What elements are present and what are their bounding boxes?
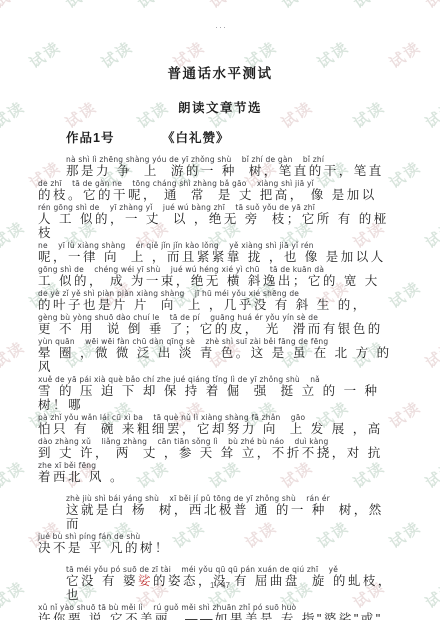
text-line: zhe xī běi fēng着西北 风 。: [38, 461, 396, 484]
pinyin-line: zhè jiù shì bái yáng shù xī běi jí pǔ tō…: [66, 494, 396, 503]
hanzi-segment: 雪 的 压 迫 下 却 保 持 着 倔 强 挺 立 的 一 种 树！哪: [38, 384, 392, 412]
hanzi-line: 晕 圈 ，微 微 泛 出 淡 青 色。这 是 虽 在 北 方 的 风: [38, 346, 396, 374]
watermark-stamp: 试读: [277, 0, 317, 13]
text-line: de zhī tā de gàn ne tōng cháng shì zhàng…: [38, 179, 396, 202]
hanzi-segment: 呢，一律 向 上 ，而且紧紧靠 拢 ，也 像 是加以人: [38, 250, 386, 264]
text-line: ne yī lǜ xiàng shàng ér qiě jǐn jǐn kào …: [38, 241, 396, 264]
text-line: zhè jiù shì bái yáng shù xī běi jí pǔ tō…: [38, 494, 396, 531]
watermark-stamp: 试读: [421, 0, 440, 13]
work-title: 《白礼赞》: [162, 128, 230, 146]
hanzi-line: 更 不 用 说 倒 垂 了；它的皮， 光 滑而有银色的: [38, 322, 396, 336]
pinyin-line: gōng shì de chéng wéi yī shù jué wú héng…: [38, 265, 396, 274]
hanzi-segment: 着西北 风 。: [38, 470, 125, 484]
pinyin-line: pà zhǐ yǒu wǎn lái cū xì ba tā què nǔ lì…: [38, 413, 396, 422]
hanzi-line: 的叶子也是片 片 向 上 ，几乎没 有 斜 生 的，: [38, 298, 396, 312]
text-line: jué bù shì píng fán de shù决不是 平 凡的树！: [38, 532, 396, 555]
text-line: gōng shì de chéng wéi yī shù jué wú héng…: [38, 265, 396, 288]
doc-subtitle: 朗读文章节选: [0, 98, 440, 116]
hanzi-segment: 人 工 似的，一 丈 以 ，绝无 旁 枝；它所 有 的桠枝: [38, 212, 389, 240]
text-line: xuě de yā pái xià què bǎo chí zhe jué qi…: [38, 375, 396, 412]
watermark-stamp: 试读: [0, 216, 29, 253]
paragraph: zhè jiù shì bái yáng shù xī běi jí pǔ tō…: [38, 494, 396, 555]
page-header-mark: ···: [204, 22, 238, 32]
watermark-stamp: 试读: [349, 0, 389, 13]
pinyin-line: xǔ nǐ yào shuō tā bù měi lì rú guǒ měi s…: [38, 603, 396, 612]
watermark-stamp: 试读: [205, 0, 245, 13]
work-number-label: 作品1号: [66, 128, 114, 146]
pinyin-line: de zhī tā de gàn ne tōng cháng shì zhàng…: [38, 179, 396, 188]
hanzi-segment: 怕只 有 碗 来粗细罢，它却努力 向 上 发 展 ，高: [38, 422, 383, 436]
page-number: 1 / 47: [0, 581, 440, 590]
watermark-stamp: 试读: [0, 456, 29, 493]
hanzi-line: 许你要 说 它不美丽，——如果美是 专 指"婆娑"或": [38, 612, 396, 620]
paragraph: tā méi yǒu pó suō de zī tài méi yǒu qū q…: [38, 565, 396, 620]
watermark-stamp: 试读: [421, 456, 440, 493]
watermark-stamp: 试读: [0, 0, 29, 13]
text-line: rén gōng shì de yī zhàng yǐ jué wú bàng …: [38, 203, 396, 240]
text-line: de yè zǐ yě shì piàn piàn xiàng shàng jī…: [38, 289, 396, 312]
hanzi-segment: 工 似的， 成 为一束，绝无 横 斜逸出；它的 宽 大: [38, 274, 380, 288]
hanzi-segment: 这就是白 杨 树，西北极普 通 的一 种 树，然而: [66, 503, 384, 531]
pinyin-line: rén gōng shì de yī zhàng yǐ jué wú bàng …: [38, 203, 396, 212]
hanzi-line: 呢，一律 向 上 ，而且紧紧靠 拢 ，也 像 是加以人: [38, 250, 396, 264]
paragraph: nà shì lì zhēng shàng yóu de yī zhǒng sh…: [38, 155, 396, 484]
text-line: yùn quān wēi wēi fàn chū dàn qīng sè zhè…: [38, 337, 396, 374]
hanzi-line: 到 丈 许， 两 丈 ，参 天 耸 立，不折不挠，对 抗: [38, 446, 396, 460]
hanzi-segment: 决不是 平 凡的树！: [38, 541, 170, 555]
hanzi-line: 的枝。它的干呢， 通 常 是 丈 把高， 像 是加以: [38, 188, 396, 202]
pinyin-line: yùn quān wēi wēi fàn chū dàn qīng sè zhè…: [38, 337, 396, 346]
hanzi-segment: 许你要 说 它不美丽，——如果美是 专 指"婆娑"或": [38, 612, 383, 620]
watermark-stamp: 试读: [61, 0, 101, 13]
pinyin-line: tā méi yǒu pó suō de zī tài méi yǒu qū q…: [66, 565, 396, 574]
work-heading: 作品1号 《白礼赞》: [66, 128, 229, 146]
text-line: dào zhàng xǔ liǎng zhàng cān tiān sǒng l…: [38, 437, 396, 460]
watermark-stamp: 试读: [133, 0, 173, 13]
text-line: gèng bù yòng shuō dào chuí le tā de pí g…: [38, 313, 396, 336]
hanzi-line: 那是力 争 上 游的一 种 树，笔直的干，笔直: [66, 164, 396, 178]
hanzi-segment: 的枝。它的干呢， 通 常 是 丈 把高， 像 是加以: [38, 188, 377, 202]
document-page: 试读试读试读试读试读试读试读试读试读试读试读试读试读试读试读试读试读试读试读试读…: [0, 0, 440, 620]
reading-text: nà shì lì zhēng shàng yóu de yī zhǒng sh…: [38, 155, 396, 620]
hanzi-line: 这就是白 杨 树，西北极普 通 的一 种 树，然而: [66, 503, 396, 531]
hanzi-line: 工 似的， 成 为一束，绝无 横 斜逸出；它的 宽 大: [38, 274, 396, 288]
hanzi-segment: 更 不 用 说 倒 垂 了；它的皮， 光 滑而有银色的: [38, 322, 383, 336]
hanzi-line: 决不是 平 凡的树！: [38, 541, 396, 555]
doc-title: 普通话水平测试: [0, 62, 440, 82]
text-line: pà zhǐ yǒu wǎn lái cū xì ba tā què nǔ lì…: [38, 413, 396, 436]
hanzi-segment: 到 丈 许， 两 丈 ，参 天 耸 立，不折不挠，对 抗: [38, 446, 383, 460]
hanzi-segment: 晕 圈 ，微 微 泛 出 淡 青 色。这 是 虽 在 北 方 的 风: [38, 346, 398, 374]
hanzi-segment: 那是力 争 上 游的一 种 树，笔直的干，笔直: [66, 164, 384, 178]
hanzi-line: 着西北 风 。: [38, 470, 396, 484]
hanzi-line: 人 工 似的，一 丈 以 ，绝无 旁 枝；它所 有 的桠枝: [38, 212, 396, 240]
watermark-stamp: 试读: [0, 336, 29, 373]
watermark-stamp: 试读: [421, 336, 440, 373]
text-line: xǔ nǐ yào shuō tā bù měi lì rú guǒ měi s…: [38, 603, 396, 620]
pinyin-line: xuě de yā pái xià què bǎo chí zhe jué qi…: [38, 375, 396, 384]
pinyin-line: zhe xī běi fēng: [38, 461, 396, 470]
hanzi-segment: 的叶子也是片 片 向 上 ，几乎没 有 斜 生 的，: [38, 298, 368, 312]
text-line: nà shì lì zhēng shàng yóu de yī zhǒng sh…: [38, 155, 396, 178]
pinyin-line: dào zhàng xǔ liǎng zhàng cān tiān sǒng l…: [38, 437, 396, 446]
pinyin-line: ne yī lǜ xiàng shàng ér qiě jǐn jǐn kào …: [38, 241, 396, 250]
watermark-stamp: 试读: [421, 216, 440, 253]
pinyin-line: jué bù shì píng fán de shù: [38, 532, 396, 541]
hanzi-line: 怕只 有 碗 来粗细罢，它却努力 向 上 发 展 ，高: [38, 422, 396, 436]
pinyin-line: gèng bù yòng shuō dào chuí le tā de pí g…: [38, 313, 396, 322]
hanzi-line: 雪 的 压 迫 下 却 保 持 着 倔 强 挺 立 的 一 种 树！哪: [38, 384, 396, 412]
pinyin-line: de yè zǐ yě shì piàn piàn xiàng shàng jī…: [38, 289, 396, 298]
pinyin-line: nà shì lì zhēng shàng yóu de yī zhǒng sh…: [66, 155, 396, 164]
